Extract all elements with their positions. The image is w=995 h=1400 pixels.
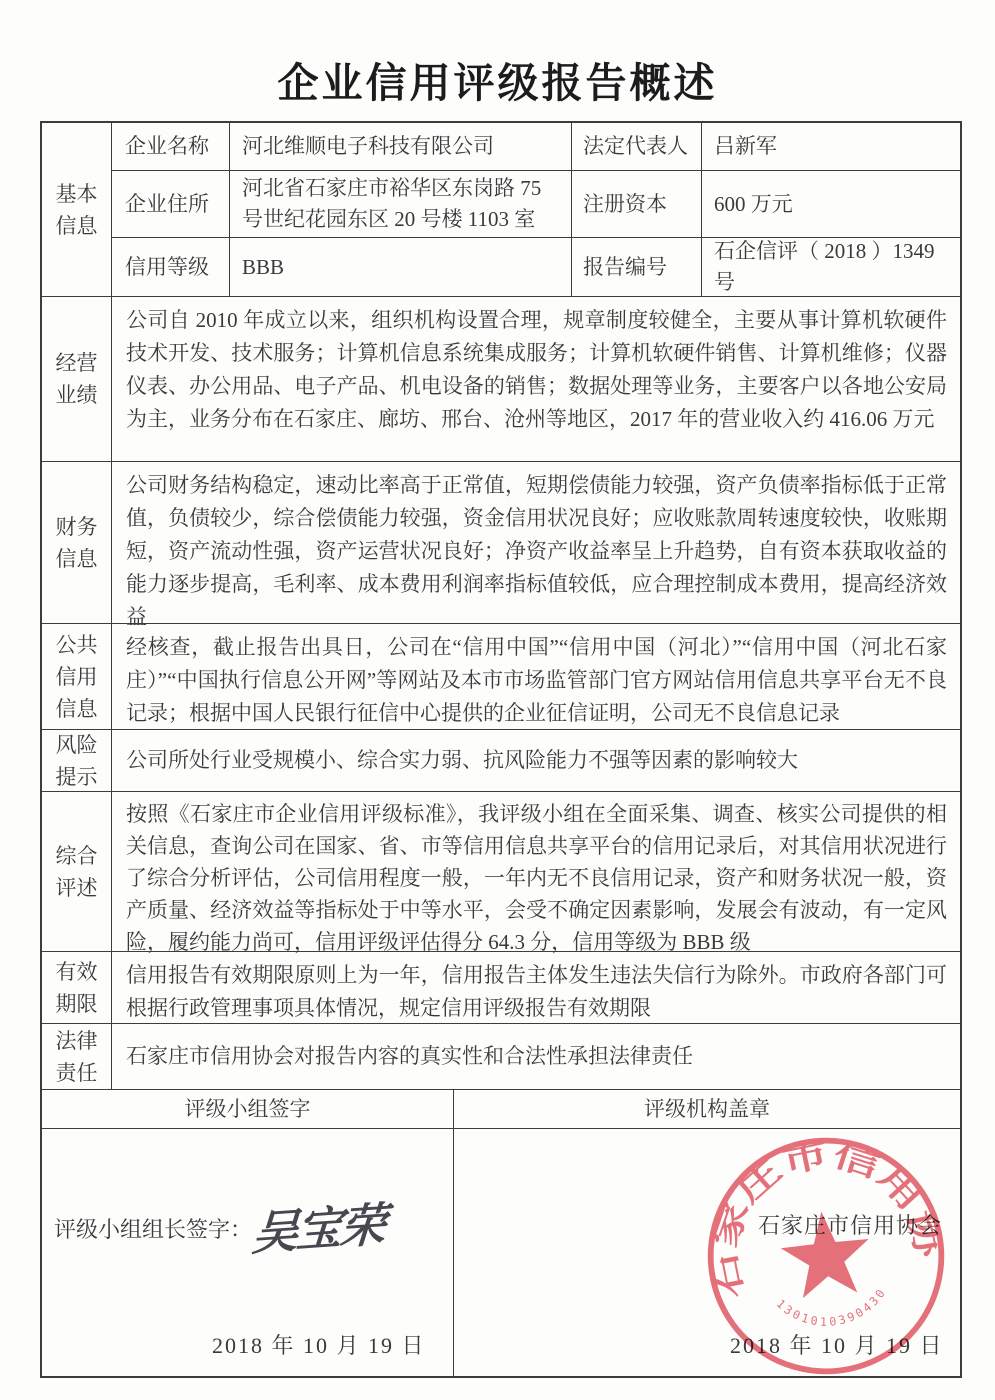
field-label-registered-capital: 注册资本 [572, 171, 702, 237]
section-risk-warning: 风险提示 公司所处行业受规模小、综合实力弱、抗风险能力不强等因素的影响较大 [42, 729, 960, 791]
seal-star-icon [777, 1207, 874, 1300]
rating-team-signature-cell: 评级小组组长签字：吴宝荣 2018 年 10 月 19 日 [42, 1129, 454, 1376]
signature-body-row: 评级小组组长签字：吴宝荣 2018 年 10 月 19 日 石家庄市信用协会 石… [42, 1128, 960, 1376]
field-label-company-name: 企业名称 [112, 123, 230, 170]
field-value-company-name: 河北维顺电子科技有限公司 [230, 123, 572, 170]
official-red-seal: 石家庄市信用协会 1301010390430 [700, 1130, 952, 1382]
field-label-credit-rating: 信用等级 [112, 238, 230, 296]
table-row: 企业住所 河北省石家庄市裕华区东岗路 75 号世纪花园东区 20 号楼 1103… [112, 170, 960, 237]
field-value-legal-representative: 吕新军 [702, 123, 960, 170]
section-content-validity-period: 信用报告有效期限原则上为一年，信用报告主体发生违法失信行为除外。市政府各部门可根… [112, 952, 960, 1023]
rating-agency-seal-header: 评级机构盖章 [454, 1090, 960, 1128]
team-leader-signature-line: 评级小组组长签字：吴宝荣 [54, 1199, 384, 1265]
page-title: 企业信用评级报告概述 [0, 50, 995, 109]
table-row: 企业名称 河北维顺电子科技有限公司 法定代表人 吕新军 [112, 123, 960, 170]
section-label-financial-info: 财务信息 [42, 462, 112, 623]
signature-header-row: 评级小组签字 评级机构盖章 [42, 1089, 960, 1128]
section-validity-period: 有效期限 信用报告有效期限原则上为一年，信用报告主体发生违法失信行为除外。市政府… [42, 951, 960, 1023]
seal-number-text: 1301010390430 [773, 1283, 893, 1334]
team-leader-signature-label: 评级小组组长签字： [54, 1217, 252, 1242]
section-public-credit-info: 公共信用信息 经核查，截止报告出具日，公司在“信用中国”“信用中国（河北）”“信… [42, 623, 960, 729]
field-label-legal-representative: 法定代表人 [572, 123, 702, 170]
section-financial-info: 财务信息 公司财务结构稳定，速动比率高于正常值，短期偿债能力较强，资产负债率指标… [42, 461, 960, 623]
section-legal-liability: 法律责任 石家庄市信用协会对报告内容的真实性和合法性承担法律责任 [42, 1023, 960, 1089]
field-value-report-number: 石企信评（ 2018 ）1349 号 [702, 238, 960, 296]
section-label-legal-liability: 法律责任 [42, 1024, 112, 1089]
section-content-comprehensive-review: 按照《石家庄市企业信用评级标准》，我评级小组在全面采集、调查、核实公司提供的相关… [112, 792, 960, 951]
section-basic-info: 基本信息 企业名称 河北维顺电子科技有限公司 法定代表人 吕新军 企业住所 河北… [42, 123, 960, 296]
report-table: 基本信息 企业名称 河北维顺电子科技有限公司 法定代表人 吕新军 企业住所 河北… [40, 121, 962, 1378]
rating-team-signature-header: 评级小组签字 [42, 1090, 454, 1128]
section-label-business-performance: 经营业绩 [42, 297, 112, 461]
signature-date: 2018 年 10 月 19 日 [212, 1329, 426, 1360]
section-label-comprehensive-review: 综合评述 [42, 792, 112, 951]
field-label-company-address: 企业住所 [112, 171, 230, 237]
rating-agency-seal-cell: 石家庄市信用协会 石家庄市信用协会 1301010390430 [454, 1129, 960, 1376]
section-comprehensive-review: 综合评述 按照《石家庄市企业信用评级标准》，我评级小组在全面采集、调查、核实公司… [42, 791, 960, 951]
section-content-business-performance: 公司自 2010 年成立以来，组织机构设置合理，规章制度较健全，主要从事计算机软… [112, 297, 960, 461]
section-label-basic-info: 基本信息 [42, 123, 112, 296]
section-label-risk-warning: 风险提示 [42, 730, 112, 791]
field-label-report-number: 报告编号 [572, 238, 702, 296]
section-content-financial-info: 公司财务结构稳定，速动比率高于正常值，短期偿债能力较强，资产负债率指标低于正常值… [112, 462, 960, 623]
section-content-legal-liability: 石家庄市信用协会对报告内容的真实性和合法性承担法律责任 [112, 1024, 960, 1089]
section-content-public-credit-info: 经核查，截止报告出具日，公司在“信用中国”“信用中国（河北）”“信用中国（河北石… [112, 624, 960, 729]
section-label-validity-period: 有效期限 [42, 952, 112, 1023]
handwritten-signature: 吴宝荣 [250, 1188, 386, 1264]
table-row: 信用等级 BBB 报告编号 石企信评（ 2018 ）1349 号 [112, 237, 960, 296]
field-value-credit-rating: BBB [230, 238, 572, 296]
field-value-company-address: 河北省石家庄市裕华区东岗路 75 号世纪花园东区 20 号楼 1103 室 [230, 171, 572, 237]
section-content-risk-warning: 公司所处行业受规模小、综合实力弱、抗风险能力不强等因素的影响较大 [112, 730, 960, 791]
section-business-performance: 经营业绩 公司自 2010 年成立以来，组织机构设置合理，规章制度较健全，主要从… [42, 296, 960, 461]
field-value-registered-capital: 600 万元 [702, 171, 960, 237]
section-label-public-credit-info: 公共信用信息 [42, 624, 112, 729]
